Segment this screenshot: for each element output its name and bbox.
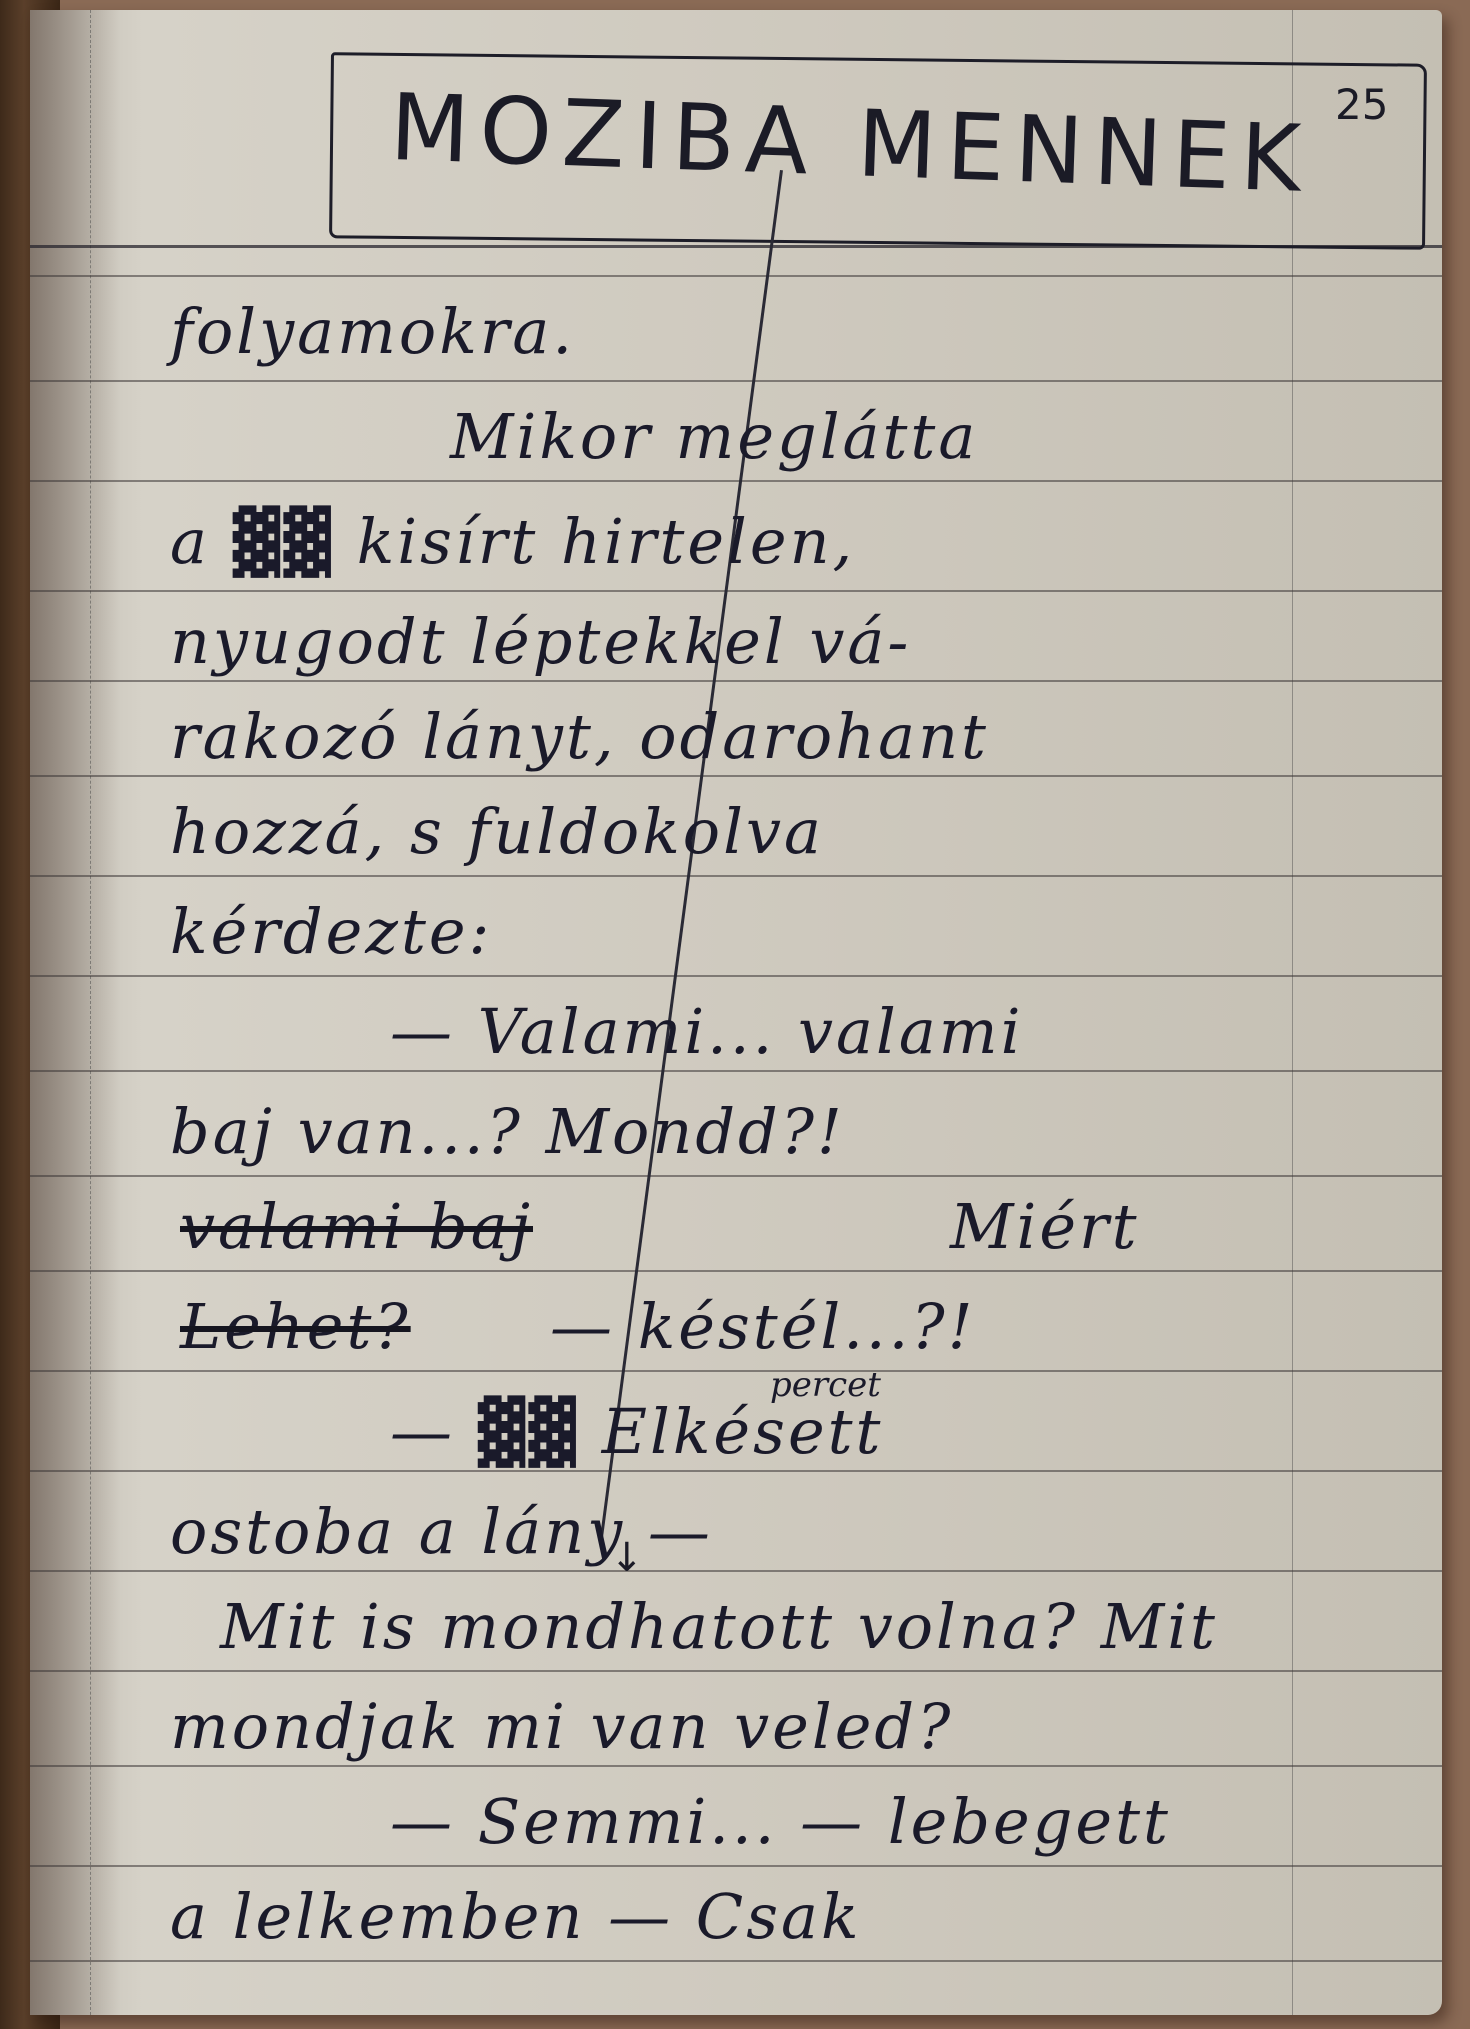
text-line: Mit is mondhatott volna? Mit xyxy=(220,1590,1218,1663)
text-line: rakozó lányt, odarohant xyxy=(170,700,989,773)
ruled-line xyxy=(30,590,1442,592)
text-line: a lelkemben — Csak xyxy=(170,1880,862,1953)
text-line: — Valami... valami xyxy=(390,995,1023,1068)
ruled-line xyxy=(30,1070,1442,1072)
text-line: Miért xyxy=(950,1190,1140,1263)
text-line: — késtél...?! xyxy=(550,1290,976,1363)
ruled-line xyxy=(30,975,1442,977)
text-line: — ▓▓ Elkésett xyxy=(390,1395,883,1468)
ruled-line xyxy=(30,1865,1442,1867)
ruled-line xyxy=(30,1960,1442,1962)
text-line: mondjak mi van veled? xyxy=(170,1690,953,1763)
text-line: folyamokra. xyxy=(170,295,575,368)
text-line: a ▓▓ kisírt hirtelen, xyxy=(170,505,855,578)
struck-text: valami baj xyxy=(180,1190,533,1263)
ruled-line xyxy=(30,680,1442,682)
page-number: 25 xyxy=(1335,80,1388,129)
notebook-page: MOZIBA MENNEK 25 ↓ folyamokra. Mikor meg… xyxy=(30,10,1442,2015)
text-line: kérdezte: xyxy=(170,895,492,968)
text-line: Mikor meglátta xyxy=(450,400,978,473)
ruled-line xyxy=(30,1175,1442,1177)
page-gutter-shadow xyxy=(30,10,120,2015)
ruled-line xyxy=(30,1670,1442,1672)
ruled-line xyxy=(30,275,1442,277)
text-line: — Semmi... — lebegett xyxy=(390,1785,1171,1858)
text-line: nyugodt léptekkel vá- xyxy=(170,605,911,678)
text-line: hozzá, s fuldokolva xyxy=(170,795,824,868)
left-margin-line xyxy=(90,10,92,2015)
ruled-line xyxy=(30,380,1442,382)
ruled-line xyxy=(30,1370,1442,1372)
right-margin-line xyxy=(1292,10,1293,2015)
ruled-line xyxy=(30,480,1442,482)
ruled-line xyxy=(30,1570,1442,1572)
ruled-line xyxy=(30,1270,1442,1272)
ruled-line xyxy=(30,775,1442,777)
text-line: ostoba a lány — xyxy=(170,1495,713,1568)
text-line: baj van...? Mondd?! xyxy=(170,1095,845,1168)
ruled-line xyxy=(30,1765,1442,1767)
ruled-line xyxy=(30,1470,1442,1472)
ruled-line xyxy=(30,875,1442,877)
struck-text: Lehet? xyxy=(180,1290,411,1363)
